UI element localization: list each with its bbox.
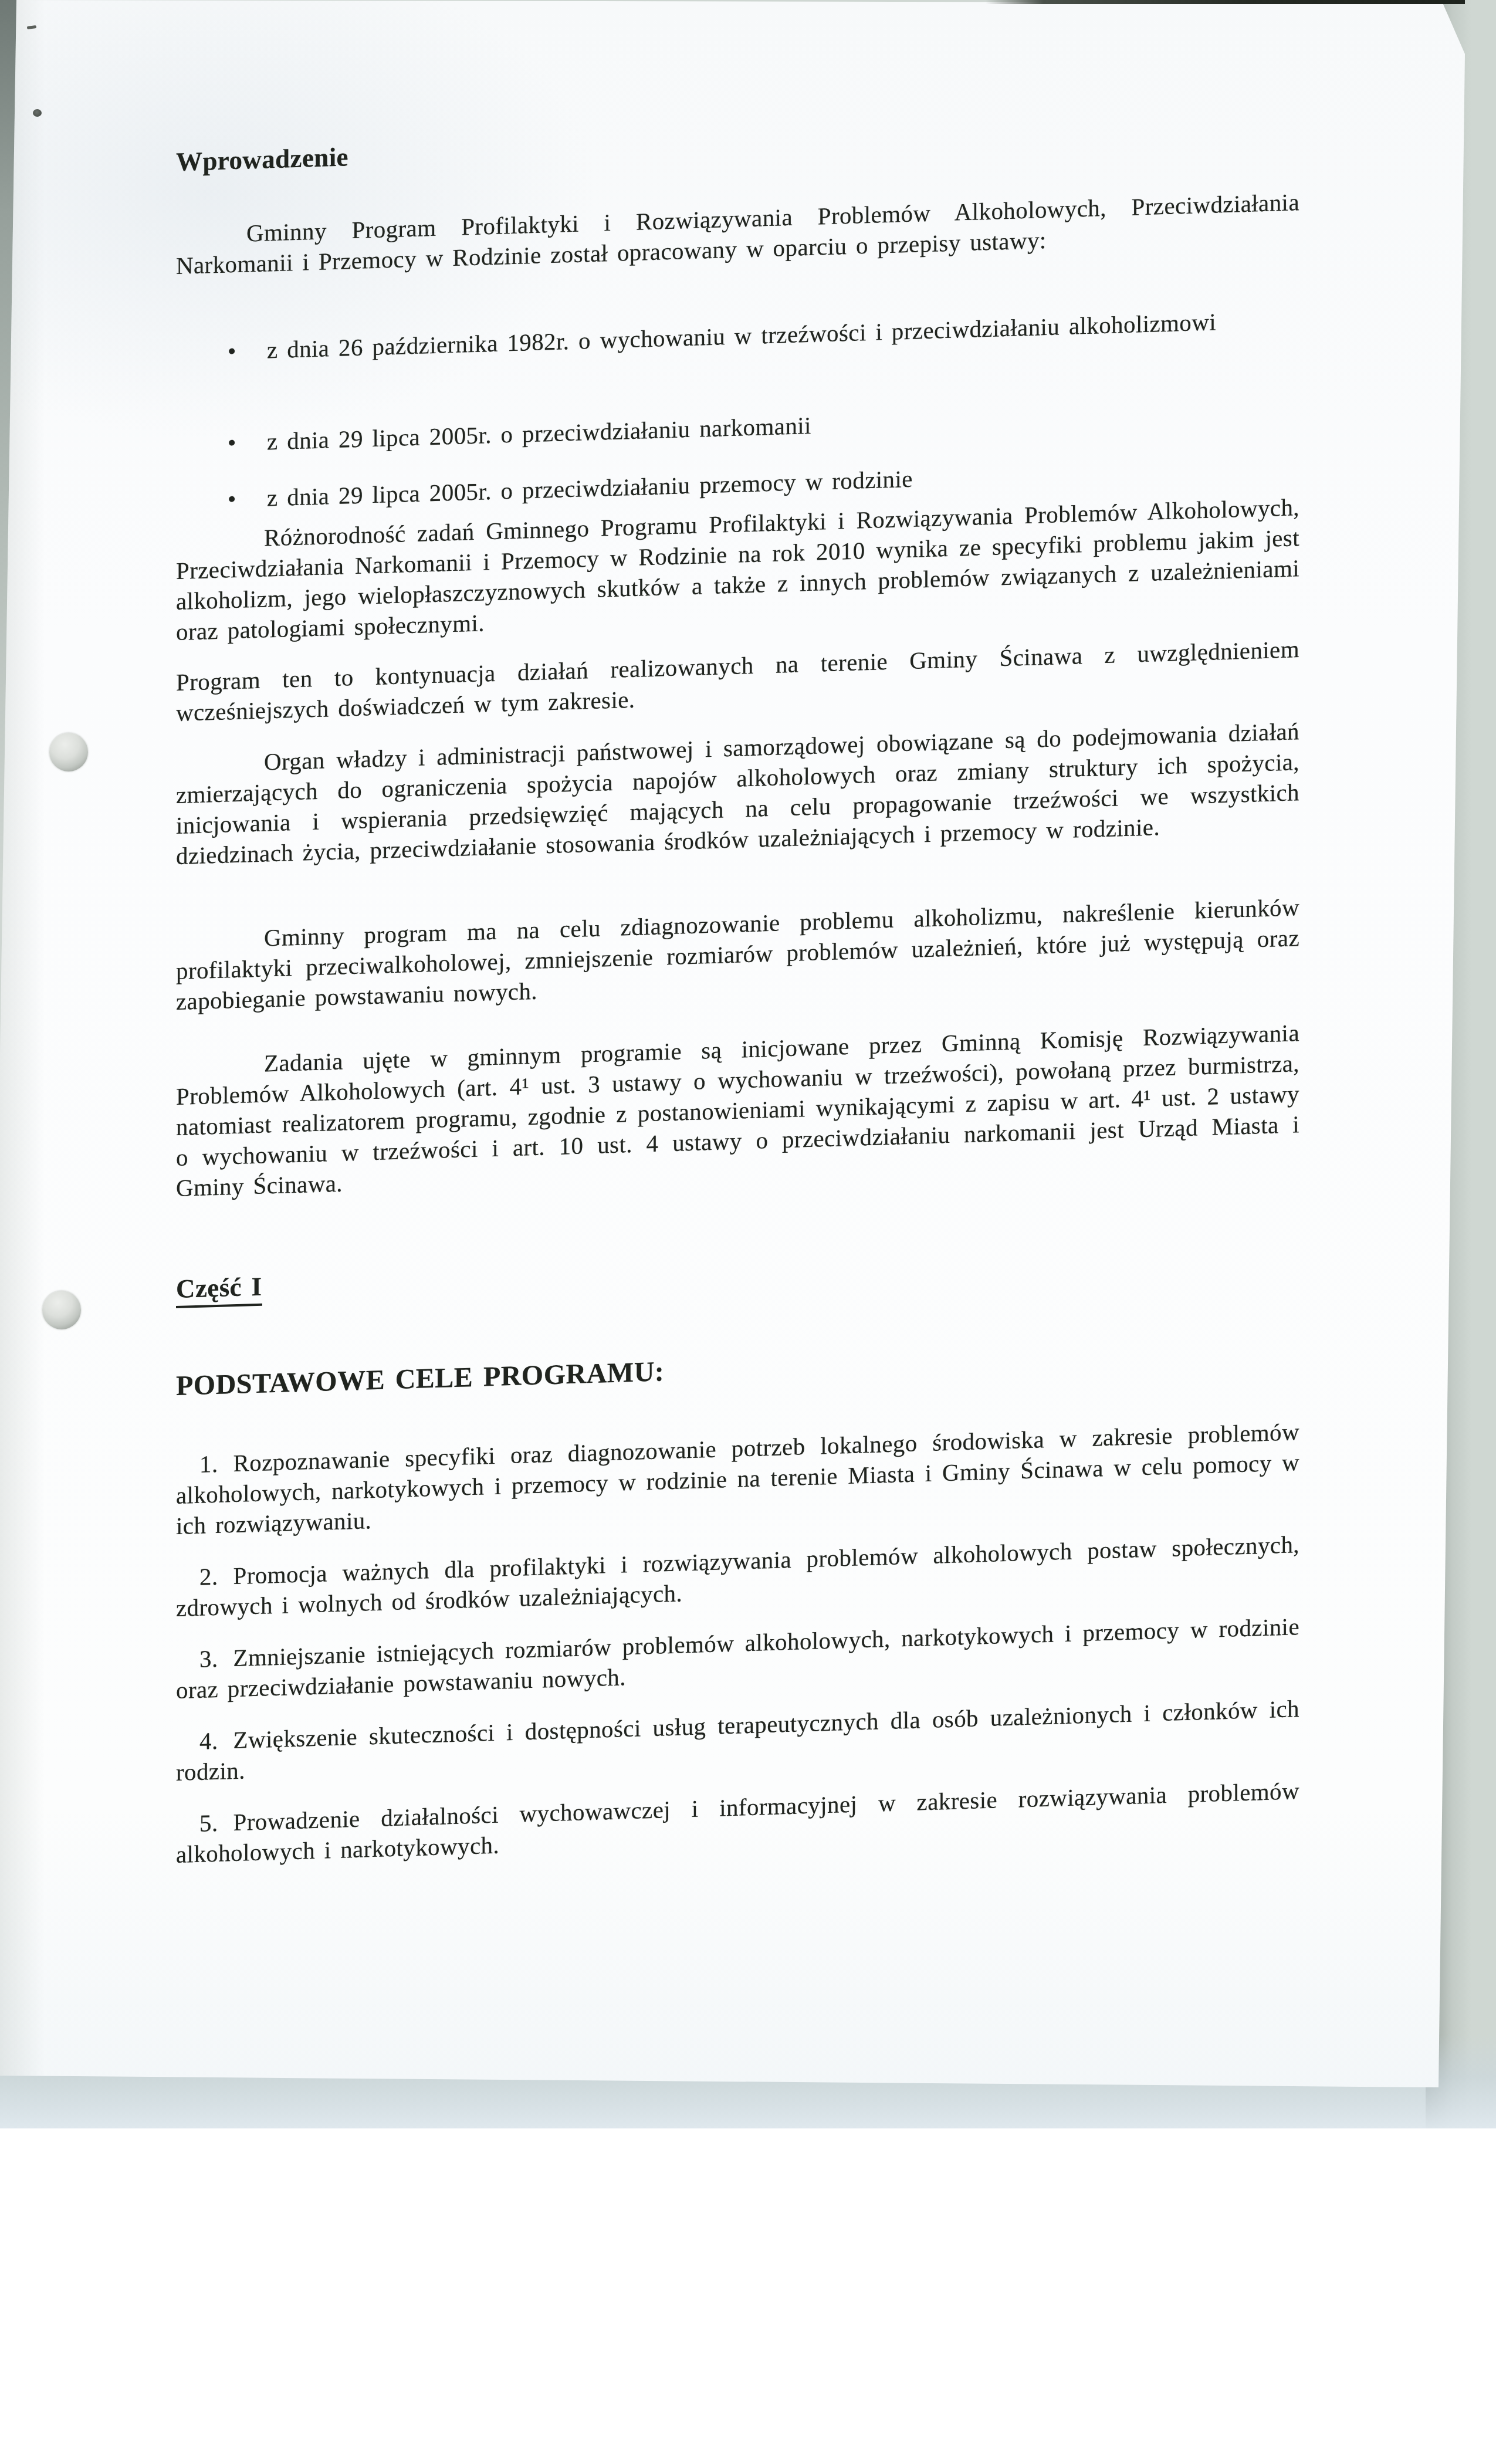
statute-list: • z dnia 26 października 1982r. o wychow… xyxy=(176,304,1299,516)
goal-number: 4. xyxy=(199,1727,218,1755)
statute-text: z dnia 26 października 1982r. o wychowan… xyxy=(267,308,1216,363)
statute-text: z dnia 29 lipca 2005r. o przeciwdziałani… xyxy=(267,465,913,512)
goal-number: 2. xyxy=(199,1563,218,1590)
statute-text: z dnia 29 lipca 2005r. o przeciwdziałani… xyxy=(267,412,811,455)
goal-item: 1.Rozpoznawanie specyfiki oraz diagnozow… xyxy=(176,1416,1299,1541)
scanner-top-edge-line xyxy=(986,0,1465,4)
goal-text: Zmniejszanie istniejących rozmiarów prob… xyxy=(176,1613,1299,1704)
goal-text: Rozpoznawanie specyfiki oraz diagnozowan… xyxy=(176,1418,1299,1539)
punch-hole-top xyxy=(49,733,88,771)
bullet-icon: • xyxy=(228,336,236,366)
goal-item: 2.Promocja ważnych dla profilaktyki i ro… xyxy=(176,1529,1299,1623)
part-label: Część I xyxy=(176,1272,262,1308)
punch-hole-bottom xyxy=(42,1291,81,1329)
goal-item: 3.Zmniejszanie istniejących rozmiarów pr… xyxy=(176,1611,1299,1705)
statute-list-item: • z dnia 29 lipca 2005r. o przeciwdziała… xyxy=(176,395,1299,459)
bullet-icon: • xyxy=(228,427,236,458)
goal-number: 5. xyxy=(199,1809,218,1837)
bullet-icon: • xyxy=(228,483,236,514)
scan-artifact-dot xyxy=(33,109,42,117)
document-content: Wprowadzenie Gminny Program Profilaktyki… xyxy=(176,113,1299,1870)
body-paragraph: Program ten to kontynuacja działań reali… xyxy=(176,634,1299,728)
body-paragraph: Gminny program ma na celu zdiagnozowanie… xyxy=(176,892,1299,1017)
body-paragraph: Organ władzy i administracji państwowej … xyxy=(176,716,1299,902)
intro-lead-paragraph: Gminny Program Profilaktyki i Rozwiązywa… xyxy=(176,187,1299,312)
part-heading: Część I xyxy=(176,1240,1299,1304)
goal-number: 1. xyxy=(199,1450,218,1478)
scanned-document-canvas: Wprowadzenie Gminny Program Profilaktyki… xyxy=(0,0,1496,2464)
goal-text: Promocja ważnych dla profilaktyki i rozw… xyxy=(176,1531,1299,1622)
section-heading: PODSTAWOWE CELE PROGRAMU: xyxy=(176,1336,1299,1403)
body-paragraph: Zadania ujęte w gminnym programie są ini… xyxy=(176,1017,1299,1203)
body-paragraph: Różnorodność zadań Gminnego Programu Pro… xyxy=(176,492,1299,647)
statute-list-item: • z dnia 26 października 1982r. o wychow… xyxy=(176,304,1299,398)
goal-text: Zwiększenie skuteczności i dostępności u… xyxy=(176,1695,1299,1786)
goal-item: 4.Zwiększenie skuteczności i dostępności… xyxy=(176,1693,1299,1788)
goal-number: 3. xyxy=(199,1645,218,1673)
